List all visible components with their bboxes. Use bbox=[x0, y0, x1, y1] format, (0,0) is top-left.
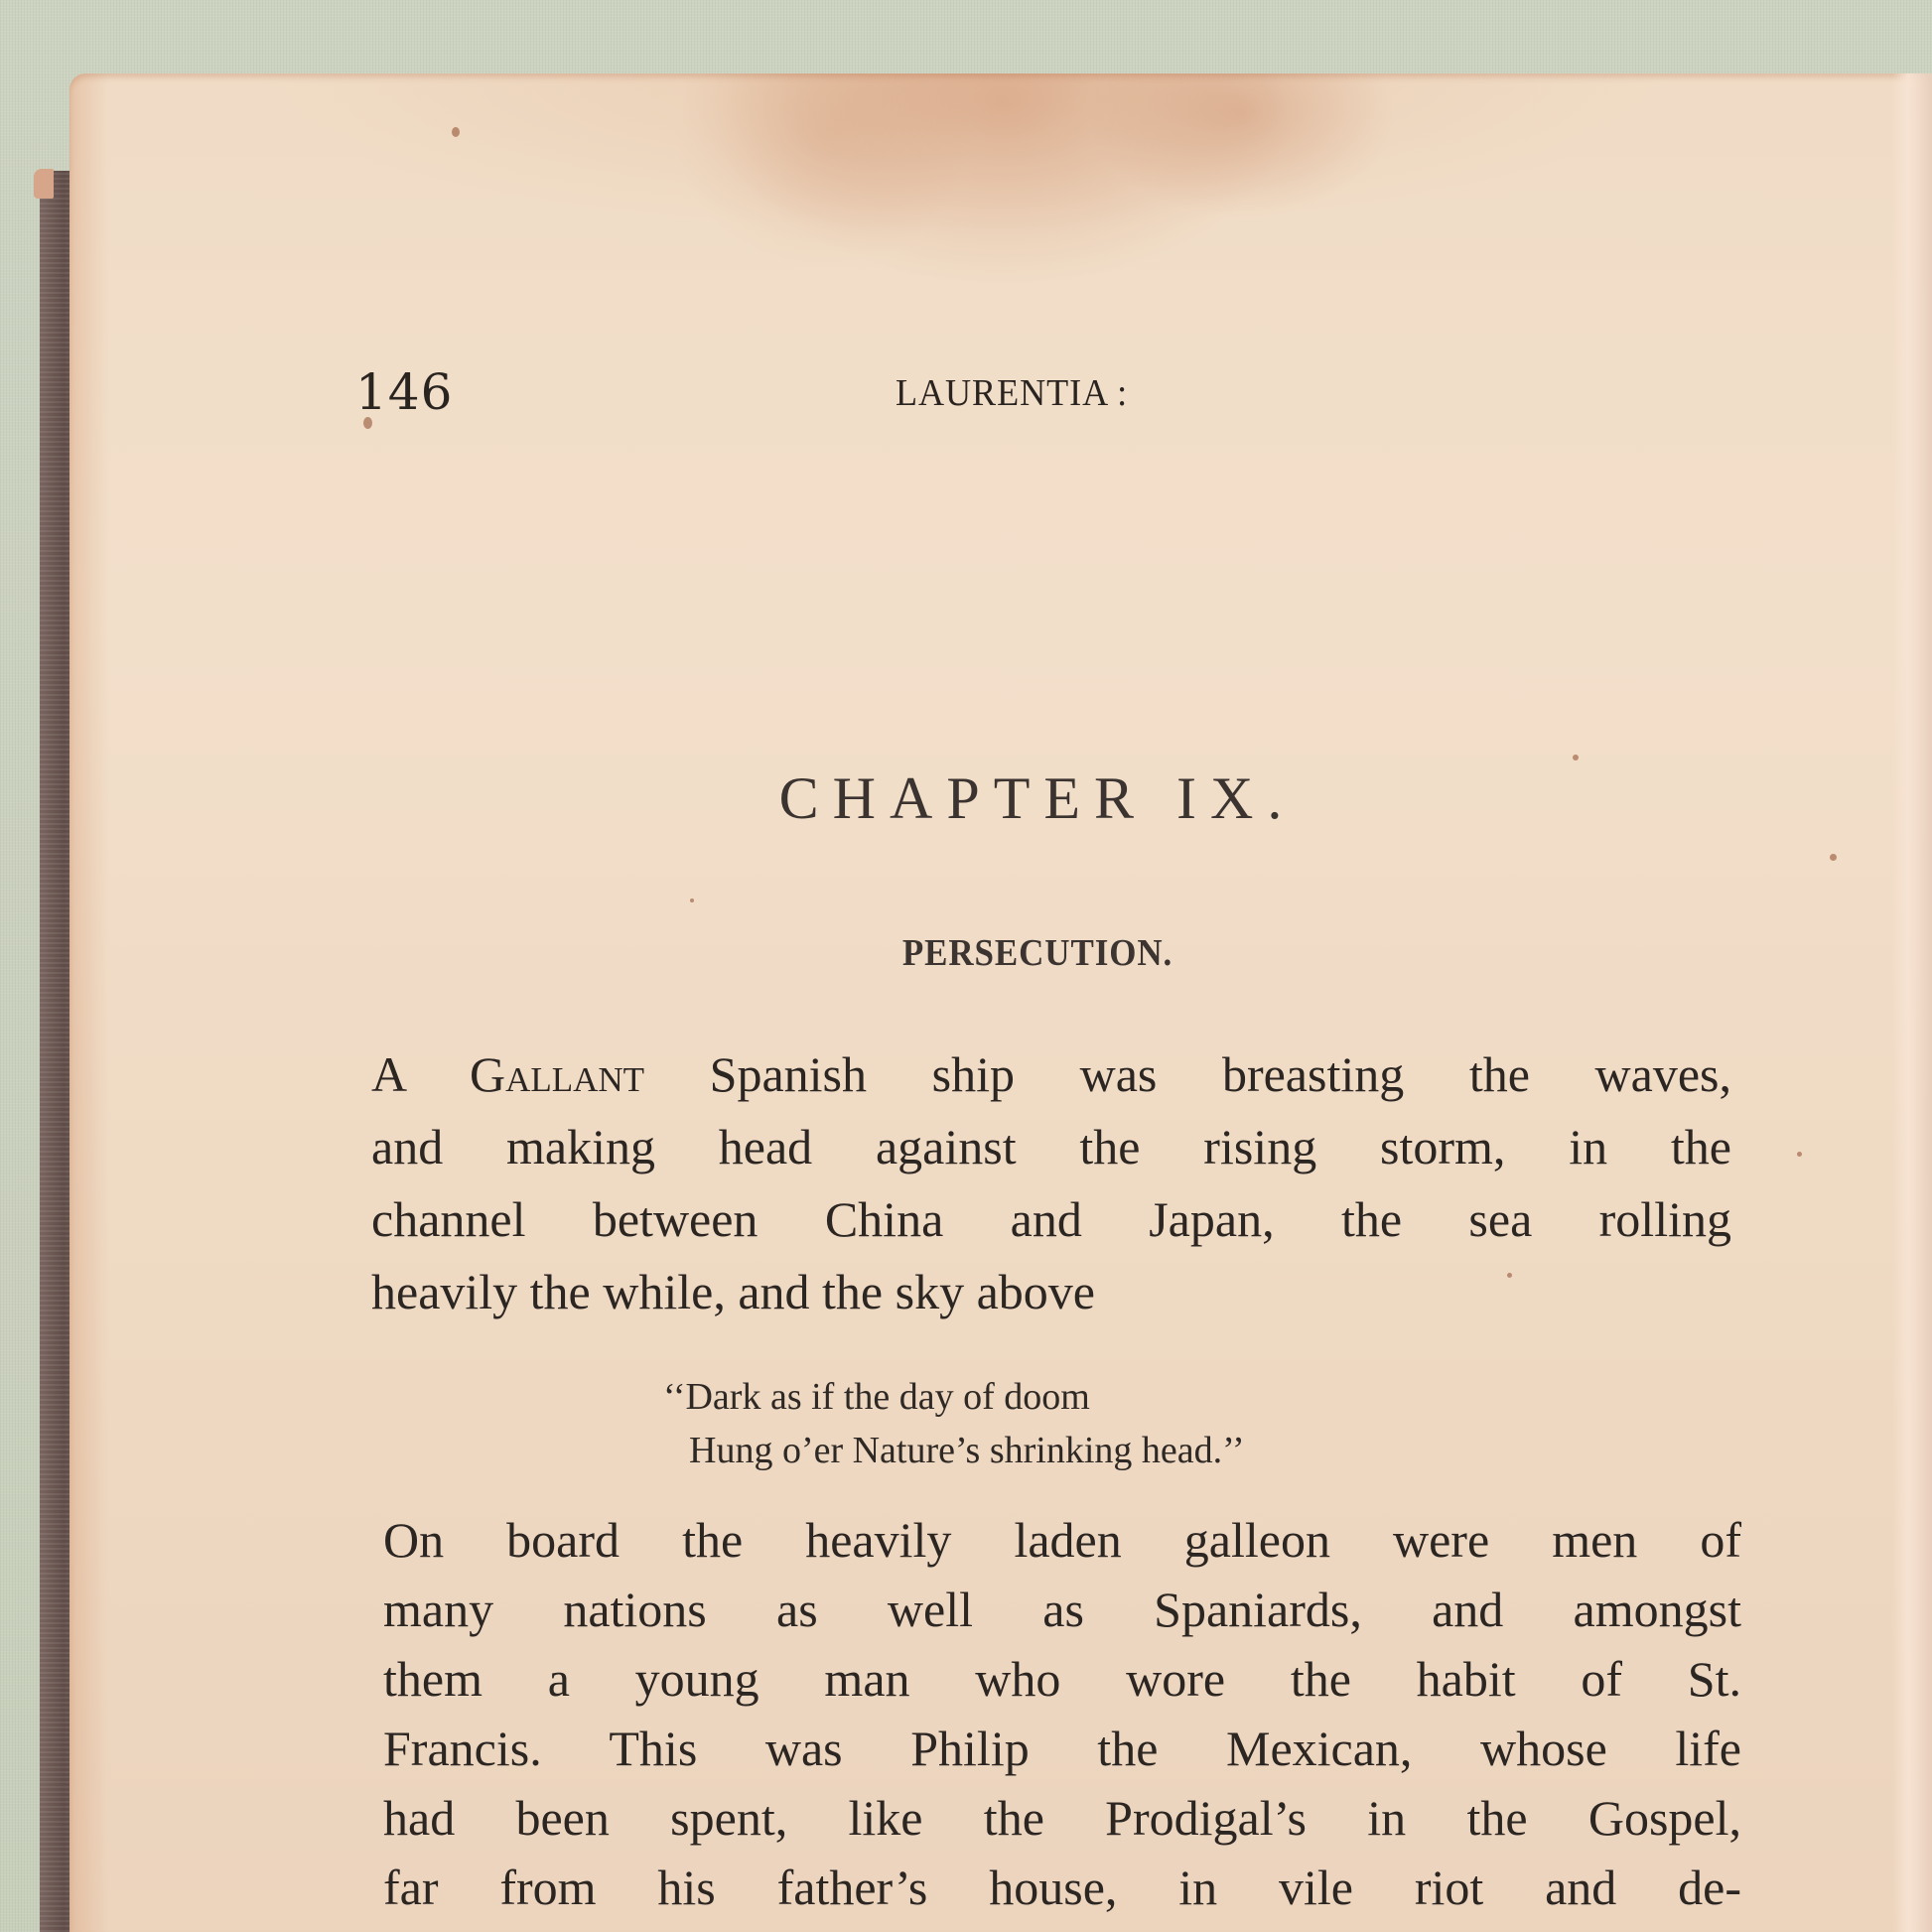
page-number: 146 bbox=[355, 363, 453, 421]
text-line: them a young man who wore the habit of S… bbox=[383, 1644, 1741, 1714]
page-content: 146 LAURENTIA : CHAPTER IX. PERSECUTION.… bbox=[0, 0, 1932, 1932]
verse-line: Hung o’er Nature’s shrinking head.’’ bbox=[663, 1424, 1245, 1477]
text-line: On board the heavily laden galleon were … bbox=[383, 1505, 1741, 1575]
running-title: LAURENTIA : bbox=[896, 371, 1128, 415]
text-line: Francis. This was Philip the Mexican, wh… bbox=[383, 1714, 1741, 1783]
text-line: and making head against the rising storm… bbox=[371, 1111, 1731, 1183]
paragraph-opening: A Gallant Spanish ship was breasting the… bbox=[371, 1038, 1731, 1328]
text-line: A Gallant Spanish ship was breasting the… bbox=[371, 1038, 1731, 1111]
chapter-subtitle: PERSECUTION. bbox=[83, 931, 1932, 975]
text-line: channel between China and Japan, the sea… bbox=[371, 1183, 1731, 1256]
lead-small-caps: A Gallant bbox=[371, 1046, 644, 1102]
text-line: had been spent, like the Prodigal’s in t… bbox=[383, 1783, 1741, 1853]
text-line: many nations as well as Spaniards, and a… bbox=[383, 1575, 1741, 1644]
chapter-title: CHAPTER IX. bbox=[0, 764, 1932, 833]
text-line-rest: Spanish ship was breasting the waves, bbox=[644, 1046, 1731, 1102]
verse-quotation: ‘‘Dark as if the day of doom Hung o’er N… bbox=[663, 1370, 1245, 1477]
text-line: far from his father’s house, in vile rio… bbox=[383, 1853, 1741, 1922]
verse-line: ‘‘Dark as if the day of doom bbox=[663, 1370, 1245, 1424]
text-line: heavily the while, and the sky above bbox=[371, 1256, 1731, 1328]
paragraph-galleon: On board the heavily laden galleon were … bbox=[383, 1505, 1741, 1922]
